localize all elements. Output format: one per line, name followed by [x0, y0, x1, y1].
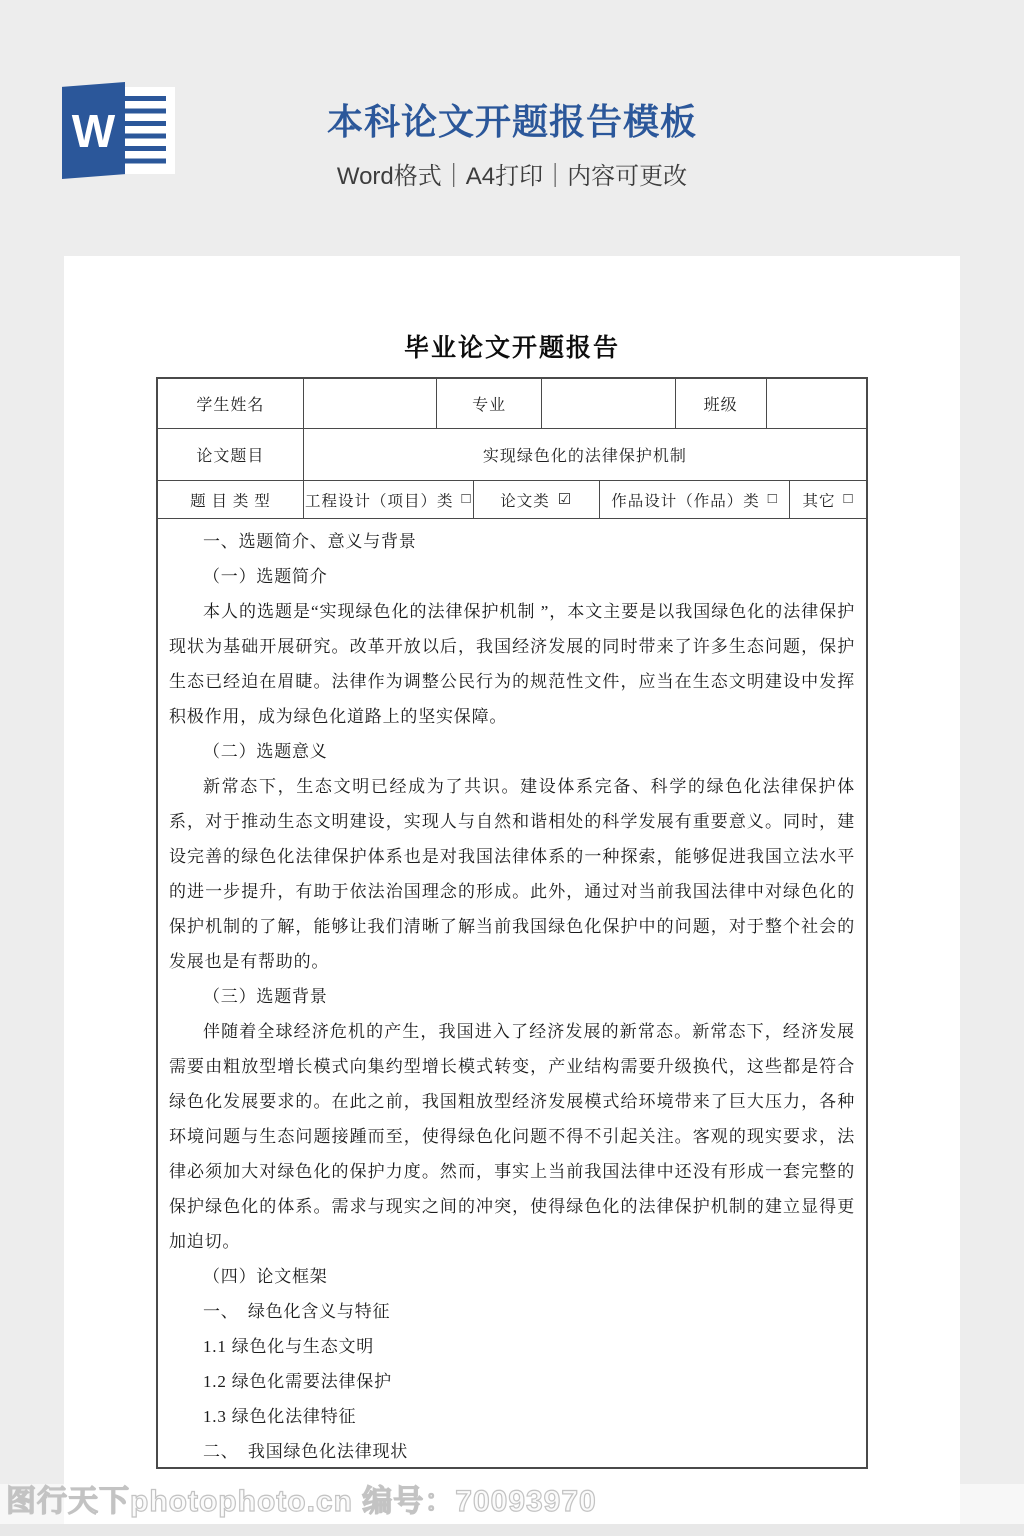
template-subtitle: Word格式｜A4打印｜内容可更改 [0, 156, 1024, 191]
checkbox-unchecked-icon[interactable]: □ [844, 491, 854, 508]
content-p-2: 本人的选题是“实现绿色化的法律保护机制 ”，本文主要是以我国绿色化的法律保护现状… [169, 594, 855, 734]
content-p-6: 伴随着全球经济危机的产生，我国进入了经济发展的新常态。新常态下，经济发展需要由粗… [169, 1014, 855, 1259]
checkbox-unchecked-icon[interactable]: □ [768, 491, 778, 508]
info-label-2: 班级 [676, 379, 767, 428]
content-li-9: 1.1 绿色化与生态文明 [169, 1329, 855, 1364]
option-text: 作品设计（作品）类 [611, 489, 760, 511]
doc-title: 毕业论文开题报告 [64, 256, 960, 364]
info-row-2: 论文题目 实现绿色化的法律保护机制 [158, 429, 866, 481]
topic-type-label: 题 目 类 型 [158, 481, 304, 518]
document-page: 毕业论文开题报告 学生姓名专业班级 论文题目 实现绿色化的法律保护机制 题 目 … [64, 256, 960, 1524]
content-h2-5: （三）选题背景 [169, 979, 855, 1014]
option-text: 论文类 [500, 489, 550, 511]
content-p-4: 新常态下，生态文明已经成为了共识。建设体系完备、科学的绿色化法律保护体系，对于推… [169, 769, 855, 979]
content-h2-3: （二）选题意义 [169, 734, 855, 769]
bottom-strip [0, 1524, 1024, 1536]
info-row-3: 题 目 类 型工程设计（项目）类□论文类☑作品设计（作品）类□其它□ [158, 481, 866, 519]
option-text: 工程设计（项目）类 [305, 489, 454, 511]
topic-type-option-2: 作品设计（作品）类□ [600, 481, 790, 518]
info-label-1: 专业 [437, 379, 542, 428]
content-h2-1: （一）选题简介 [169, 559, 855, 594]
topic-type-option-1: 论文类☑ [474, 481, 600, 518]
proposal-form-table: 学生姓名专业班级 论文题目 实现绿色化的法律保护机制 题 目 类 型工程设计（项… [156, 377, 868, 1469]
checkbox-unchecked-icon[interactable]: □ [462, 491, 472, 508]
content-cell: 一、选题简介、意义与背景（一）选题简介本人的选题是“实现绿色化的法律保护机制 ”… [158, 519, 866, 1467]
watermark-text: 图行天下photophoto.cn 编号：70093970 [6, 1476, 597, 1520]
info-row-1: 学生姓名专业班级 [158, 379, 866, 429]
content-row: 一、选题简介、意义与背景（一）选题简介本人的选题是“实现绿色化的法律保护机制 ”… [158, 519, 866, 1467]
content-h1-0: 一、选题简介、意义与背景 [169, 524, 855, 559]
topic-type-option-0: 工程设计（项目）类□ [304, 481, 474, 518]
info-label-0: 学生姓名 [158, 379, 304, 428]
topic-type-option-3: 其它□ [790, 481, 866, 518]
content-li-8: 一、 绿色化含义与特征 [169, 1294, 855, 1329]
template-title: 本科论文开题报告模板 [0, 94, 1024, 145]
option-text: 其它 [803, 489, 836, 511]
info-value-2[interactable] [767, 379, 866, 428]
content-li-11: 1.3 绿色化法律特征 [169, 1399, 855, 1434]
thesis-title-value[interactable]: 实现绿色化的法律保护机制 [304, 429, 866, 480]
info-value-0[interactable] [304, 379, 437, 428]
content-li-10: 1.2 绿色化需要法律保护 [169, 1364, 855, 1399]
thesis-title-label: 论文题目 [158, 429, 304, 480]
checkbox-checked-icon[interactable]: ☑ [558, 490, 572, 509]
info-value-1[interactable] [542, 379, 675, 428]
content-h2-7: （四）论文框架 [169, 1259, 855, 1294]
content-li-12: 二、 我国绿色化法律现状 [169, 1434, 855, 1467]
